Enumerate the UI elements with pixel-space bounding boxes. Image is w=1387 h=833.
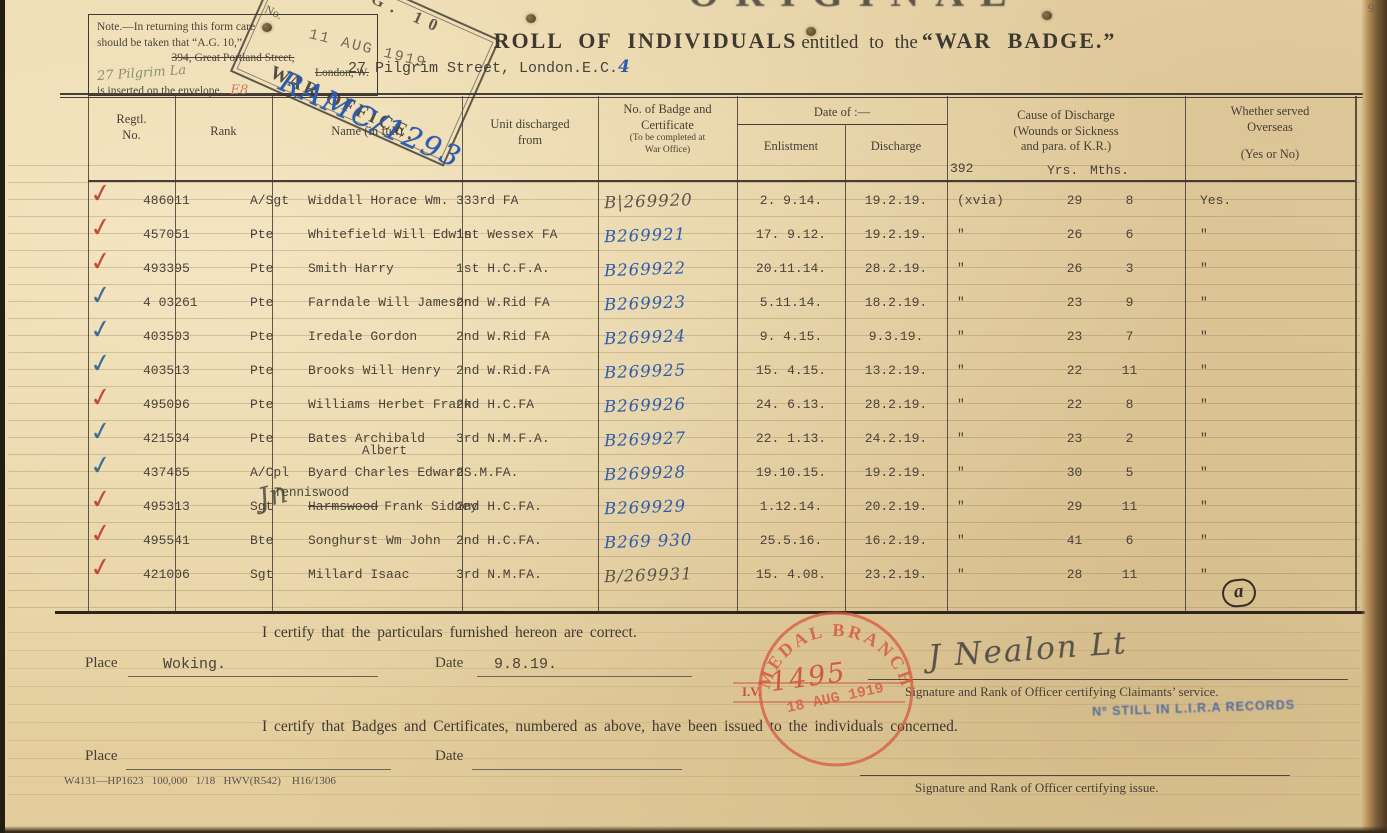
cell-unit-discharged-from: 1st H.C.F.A.: [456, 261, 598, 276]
cell-rank: Sgt: [175, 499, 272, 514]
war-badge-roll-document: ORIGINAL 9 Note.—In returning this form …: [0, 0, 1387, 833]
cell-rank: Pte: [175, 363, 272, 378]
cell-badge-number: B269928: [598, 460, 738, 484]
date-fill-line: [477, 676, 692, 677]
table-row: ✓ 4 03261 Pte Farndale Will Jameson 2nd …: [88, 285, 1355, 319]
cell-badge-number: B269926: [598, 392, 738, 416]
cell-overseas: ": [1185, 261, 1355, 276]
page-right-edge: [1361, 0, 1387, 833]
cell-badge-number: B/269931: [598, 562, 738, 586]
cell-name: Iredale Gordon: [272, 329, 462, 344]
cell-badge-number: B269922: [598, 256, 738, 280]
header-cause: Cause of Discharge(Wounds or Sicknessand…: [947, 108, 1185, 155]
cell-overseas: ": [1185, 363, 1355, 378]
tick-mark-icon: ✓: [88, 381, 115, 414]
cause-years: 22: [1047, 397, 1102, 412]
cell-unit-discharged-from: 3rd N.M.F.A.: [456, 431, 598, 446]
cell-unit-discharged-from: 2nd W.Rid FA: [456, 295, 598, 310]
tick-mark-icon: ✓: [88, 177, 115, 210]
name-text: Frank Sidney: [384, 499, 478, 514]
cell-discharge-date: 9.3.19.: [845, 329, 947, 344]
tick-mark-icon: ✓: [88, 279, 115, 312]
svg-text:MEDAL BRANCH: MEDAL BRANCH: [754, 620, 918, 691]
cell-overseas: ": [1185, 533, 1355, 548]
title-roll: ROLL OF INDIVIDUALS: [494, 28, 798, 53]
cell-cause-of-discharge: "232: [947, 431, 1185, 446]
name-struck-out: Harmswood: [308, 499, 378, 514]
cell-overseas: ": [1185, 295, 1355, 310]
cell-unit-discharged-from: 2S.M.FA.: [456, 465, 598, 480]
title-war-badge: “WAR BADGE.”: [922, 28, 1117, 53]
cell-rank: Pte: [175, 227, 272, 242]
cell-enlistment-date: 2. 9.14.: [737, 193, 845, 208]
date-label: Date: [435, 655, 463, 672]
cell-rank: Pte: [175, 329, 272, 344]
cell-unit-discharged-from: 3rd N.M.FA.: [456, 567, 598, 582]
cell-overseas: ": [1185, 397, 1355, 412]
cell-discharge-date: 24.2.19.: [845, 431, 947, 446]
cause-months: 11: [1107, 363, 1152, 378]
header-rank: Rank: [175, 124, 272, 140]
cell-cause-of-discharge: "263: [947, 261, 1185, 276]
header-date-of: Date of :—: [737, 105, 947, 121]
cell-enlistment-date: 5.11.14.: [737, 295, 845, 310]
cell-rank: Pte: [175, 295, 272, 310]
cell-enlistment-date: 19.10.15.: [737, 465, 845, 480]
cause-months: 6: [1107, 227, 1152, 242]
header-overseas: Whether servedOverseas: [1185, 104, 1355, 135]
handwritten-mark: E8: [231, 83, 249, 98]
cause-paragraph: ": [947, 465, 1027, 480]
cell-rank: Pte: [175, 397, 272, 412]
cell-name: TenniswoodHarmswoodFrank Sidney: [272, 499, 462, 514]
name-text: Songhurst Wm John: [308, 533, 441, 548]
cell-badge-number: B269 930: [598, 528, 738, 552]
name-text: Millard Isaac: [308, 567, 409, 582]
cell-enlistment-date: 22. 1.13.: [737, 431, 845, 446]
cell-name: Widdall Horace Wm.: [272, 193, 462, 208]
cause-paragraph: ": [947, 567, 1027, 582]
cell-cause-of-discharge: "228: [947, 397, 1185, 412]
cell-name: Millard Isaac: [272, 567, 462, 582]
table-row: ✓ 486011 A/Sgt Widdall Horace Wm. 333rd …: [88, 183, 1355, 217]
cell-rank: Sgt: [175, 567, 272, 582]
form-imprint: W4131—HP1623 100,000 1/18 HWV(R542) H16/…: [64, 775, 336, 787]
note-line2: should be taken that “A.G. 10,”: [97, 37, 242, 49]
cause-paragraph: ": [947, 363, 1027, 378]
cause-months: 8: [1107, 193, 1152, 208]
cell-cause-of-discharge: "2211: [947, 363, 1185, 378]
table-row: ✓ 495541 Bte Songhurst Wm John 2nd H.C.F…: [88, 523, 1355, 557]
cause-years: 23: [1047, 295, 1102, 310]
table-border-right: [1355, 96, 1357, 612]
note-line1: Note.—In returning this form care: [97, 21, 255, 33]
cell-badge-number: B269929: [598, 494, 738, 518]
punch-hole-icon: [1042, 11, 1052, 20]
place-fill-line-2: [126, 769, 391, 770]
cell-unit-discharged-from: 2nd H.C.FA: [456, 397, 598, 412]
cause-yrs-label: Yrs.: [1047, 163, 1078, 178]
cause-paragraph: ": [947, 431, 1027, 446]
cause-months: 6: [1107, 533, 1152, 548]
certify-particulars-text: I certify that the particulars furnished…: [262, 624, 637, 642]
table-row: ✓ Jn 495313 Sgt TenniswoodHarmswoodFrank…: [88, 489, 1355, 523]
cell-discharge-date: 16.2.19.: [845, 533, 947, 548]
tick-mark-icon: ✓: [88, 347, 115, 380]
table-row: ✓ 493395 Pte Smith Harry 1st H.C.F.A. B2…: [88, 251, 1355, 285]
cause-years: 23: [1047, 329, 1102, 344]
roll-table-body: ✓ 486011 A/Sgt Widdall Horace Wm. 333rd …: [88, 183, 1355, 591]
place-label: Place: [85, 655, 117, 672]
cell-badge-number: B269923: [598, 290, 738, 314]
name-text: Widdall Horace Wm.: [308, 193, 448, 208]
cell-cause-of-discharge: "266: [947, 227, 1185, 242]
cell-enlistment-date: 9. 4.15.: [737, 329, 845, 344]
cell-name: Brooks Will Henry: [272, 363, 462, 378]
name-text: Brooks Will Henry: [308, 363, 441, 378]
tick-mark-icon: ✓: [88, 313, 115, 346]
cell-enlistment-date: 25.5.16.: [737, 533, 845, 548]
cell-name: Smith Harry: [272, 261, 462, 276]
tick-mark-icon: ✓: [88, 483, 115, 516]
cause-paragraph: ": [947, 533, 1027, 548]
title-entitled: entitled to the: [801, 32, 917, 53]
signature-line: [868, 679, 1348, 680]
date-of-underline: [737, 124, 947, 125]
name-text: Whitefield Will Edwin: [308, 227, 472, 242]
cell-cause-of-discharge: "416: [947, 533, 1185, 548]
cell-discharge-date: 23.2.19.: [845, 567, 947, 582]
table-row: ✓ 495096 Pte Williams Herbet Frank 2nd H…: [88, 387, 1355, 421]
cause-para-number: 392: [950, 161, 973, 176]
cell-enlistment-date: 15. 4.08.: [737, 567, 845, 582]
header-enlistment: Enlistment: [737, 139, 845, 155]
table-row: ✓ 457051 Pte Whitefield Will Edwin 1st W…: [88, 217, 1355, 251]
name-text: Smith Harry: [308, 261, 394, 276]
cell-overseas: ": [1185, 465, 1355, 480]
cell-overseas: Yes.: [1185, 193, 1355, 208]
tick-mark-icon: ✓: [88, 449, 115, 482]
cell-discharge-date: 19.2.19.: [845, 227, 947, 242]
cell-badge-number: B269924: [598, 324, 738, 348]
cell-discharge-date: 18.2.19.: [845, 295, 947, 310]
cell-discharge-date: 13.2.19.: [845, 363, 947, 378]
table-bottom-rule: [55, 611, 1365, 614]
tick-mark-icon: ✓: [88, 415, 115, 448]
cell-discharge-date: 19.2.19.: [845, 193, 947, 208]
tick-mark-icon: ✓: [88, 517, 115, 550]
cell-overseas: ": [1185, 329, 1355, 344]
place-fill-line: [128, 676, 378, 677]
cell-enlistment-date: 1.12.14.: [737, 499, 845, 514]
tick-mark-icon: ✓: [88, 211, 115, 244]
cell-badge-number: B|269920: [598, 188, 738, 212]
signature-caption-issue: Signature and Rank of Officer certifying…: [915, 780, 1158, 796]
cause-mths-label: Mths.: [1090, 163, 1129, 178]
cell-overseas: ": [1185, 567, 1355, 582]
tick-mark-icon: ✓: [88, 245, 115, 278]
page-bottom-edge: [0, 826, 1387, 833]
signature-caption-service: Signature and Rank of Officer certifying…: [905, 684, 1219, 700]
tick-mark-icon: ✓: [88, 551, 115, 584]
cause-paragraph: ": [947, 499, 1027, 514]
cell-rank: A/Cpl: [175, 465, 272, 480]
table-row: ✓ 403513 Pte Brooks Will Henry 2nd W.Rid…: [88, 353, 1355, 387]
cell-discharge-date: 19.2.19.: [845, 465, 947, 480]
cause-months: 11: [1107, 499, 1152, 514]
header-regtl-no: Regtl.No.: [88, 112, 175, 143]
date-label-2: Date: [435, 748, 463, 765]
cell-enlistment-date: 20.11.14.: [737, 261, 845, 276]
header-overseas-yesno: (Yes or No): [1185, 147, 1355, 163]
cell-cause-of-discharge: "2811: [947, 567, 1185, 582]
cause-years: 26: [1047, 227, 1102, 242]
cell-unit-discharged-from: 333rd FA: [456, 193, 598, 208]
header-discharge: Discharge: [845, 139, 947, 155]
cell-rank: Bte: [175, 533, 272, 548]
name-text: Byard Charles Edward: [308, 465, 464, 480]
cause-paragraph: ": [947, 329, 1027, 344]
cell-unit-discharged-from: 2nd H.C.FA.: [456, 533, 598, 548]
table-row: ✓ 421534 Pte Bates ArchibaldAlbert 3rd N…: [88, 421, 1355, 455]
cell-name: Byard Charles Edward: [272, 465, 462, 480]
note-line3: is inserted on the envelope.: [97, 85, 223, 97]
cell-name: Whitefield Will Edwin: [272, 227, 462, 242]
cause-months: 7: [1107, 329, 1152, 344]
cause-years: 28: [1047, 567, 1102, 582]
cell-unit-discharged-from: 2nd W.Rid.FA: [456, 363, 598, 378]
name-text: Iredale Gordon: [308, 329, 417, 344]
cell-overseas: ": [1185, 431, 1355, 446]
cell-enlistment-date: 24. 6.13.: [737, 397, 845, 412]
cause-years: 29: [1047, 193, 1102, 208]
cell-badge-number: B269925: [598, 358, 738, 382]
punch-hole-icon: [526, 14, 536, 23]
cause-paragraph: ": [947, 227, 1027, 242]
cell-cause-of-discharge: "2911: [947, 499, 1185, 514]
cause-years: 26: [1047, 261, 1102, 276]
cause-paragraph: (xvia): [947, 193, 1027, 208]
cell-rank: Pte: [175, 431, 272, 446]
cell-badge-number: B269927: [598, 426, 738, 450]
cell-cause-of-discharge: "305: [947, 465, 1185, 480]
cell-unit-discharged-from: 1st Wessex FA: [456, 227, 598, 242]
cell-name: Bates ArchibaldAlbert: [272, 431, 462, 446]
clipped-original-text: ORIGINAL: [688, 0, 1118, 13]
cause-months: 9: [1107, 295, 1152, 310]
cell-overseas: ": [1185, 499, 1355, 514]
cause-years: 22: [1047, 363, 1102, 378]
cell-cause-of-discharge: "239: [947, 295, 1185, 310]
cell-rank: Pte: [175, 261, 272, 276]
date-fill-line-2: [472, 769, 682, 770]
cause-months: 5: [1107, 465, 1152, 480]
header-bottom-rule: [88, 180, 1355, 182]
cell-enlistment-date: 15. 4.15.: [737, 363, 845, 378]
cell-unit-discharged-from: 2nd W.Rid FA: [456, 329, 598, 344]
date-value: 9.8.19.: [494, 656, 557, 673]
name-text: Farndale Will Jameson: [308, 295, 472, 310]
handwritten-street: 27 Pilgrim La: [96, 62, 186, 86]
cause-years: 29: [1047, 499, 1102, 514]
place-label-2: Place: [85, 748, 117, 765]
header-badge: No. of Badge andCertificate (To be compl…: [598, 102, 737, 156]
cause-months: 3: [1107, 261, 1152, 276]
cell-name: Williams Herbet Frank: [272, 397, 462, 412]
cause-paragraph: ": [947, 261, 1027, 276]
cause-years: 23: [1047, 431, 1102, 446]
table-row: ✓ 421006 Sgt Millard Isaac 3rd N.M.FA. B…: [88, 557, 1355, 591]
page-left-edge: [0, 0, 5, 833]
place-value: Woking.: [163, 656, 226, 673]
svg-text:18 AUG 1919: 18 AUG 1919: [785, 680, 885, 717]
cell-cause-of-discharge: (xvia)298: [947, 193, 1185, 208]
cause-paragraph: ": [947, 397, 1027, 412]
document-title: ROLL OF INDIVIDUALS entitled to the “WAR…: [420, 28, 1190, 54]
name-text: Williams Herbet Frank: [308, 397, 472, 412]
cell-cause-of-discharge: "237: [947, 329, 1185, 344]
cause-paragraph: ": [947, 295, 1027, 310]
medal-branch-stamp: MEDAL BRANCH 18 AUG 1919: [753, 606, 919, 777]
signature-line-2: [860, 775, 1290, 776]
cell-enlistment-date: 17. 9.12.: [737, 227, 845, 242]
table-row: ✓ 403503 Pte Iredale Gordon 2nd W.Rid FA…: [88, 319, 1355, 353]
cell-discharge-date: 20.2.19.: [845, 499, 947, 514]
cell-discharge-date: 28.2.19.: [845, 261, 947, 276]
page-corner-mark: 9: [1368, 1, 1374, 16]
cause-years: 30: [1047, 465, 1102, 480]
cell-badge-number: B269921: [598, 222, 738, 246]
cause-months: 2: [1107, 431, 1152, 446]
cell-name: Songhurst Wm John: [272, 533, 462, 548]
cell-overseas: ": [1185, 227, 1355, 242]
cause-months: 11: [1107, 567, 1152, 582]
cell-rank: A/Sgt: [175, 193, 272, 208]
cell-name: Farndale Will Jameson: [272, 295, 462, 310]
cause-months: 8: [1107, 397, 1152, 412]
address-handwritten-4: 4: [618, 57, 630, 77]
header-unit: Unit dischargedfrom: [462, 117, 598, 148]
cell-discharge-date: 28.2.19.: [845, 397, 947, 412]
cause-years: 41: [1047, 533, 1102, 548]
